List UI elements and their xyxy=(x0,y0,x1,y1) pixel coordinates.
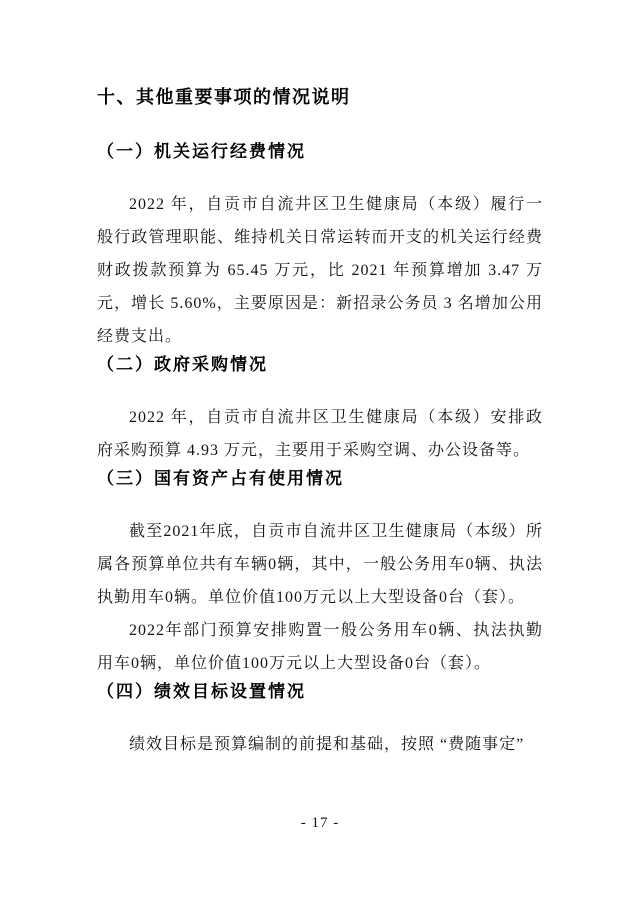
section-government-procurement: （二）政府采购情况 2022 年，自贡市自流井区卫生健康局（本级）安排政府采购预… xyxy=(97,353,543,467)
section-performance-targets: （四）绩效目标设置情况 绩效目标是预算编制的前提和基础，按照 “费随事定” xyxy=(97,680,543,761)
document-page: 十、其他重要事项的情况说明 （一）机关运行经费情况 2022 年，自贡市自流井区… xyxy=(0,0,640,905)
section-heading: （一）机关运行经费情况 xyxy=(97,140,543,164)
section-heading: （四）绩效目标设置情况 xyxy=(97,680,543,704)
paragraph: 截至2021年底，自贡市自流井区卫生健康局（本级）所属各预算单位共有车辆0辆，其… xyxy=(97,515,543,614)
paragraph: 2022 年，自贡市自流井区卫生健康局（本级）安排政府采购预算 4.93 万元，… xyxy=(97,401,543,467)
section-heading: （三）国有资产占有使用情况 xyxy=(97,467,543,491)
section-state-owned-assets: （三）国有资产占有使用情况 截至2021年底，自贡市自流井区卫生健康局（本级）所… xyxy=(97,467,543,680)
paragraph: 2022 年，自贡市自流井区卫生健康局（本级）履行一般行政管理职能、维持机关日常… xyxy=(97,188,543,353)
paragraph: 绩效目标是预算编制的前提和基础，按照 “费随事定” xyxy=(97,728,543,761)
section-heading: （二）政府采购情况 xyxy=(97,353,543,377)
page-number: - 17 - xyxy=(0,815,640,832)
paragraph: 2022年部门预算安排购置一般公务用车0辆、执法执勤用车0辆，单位价值100万元… xyxy=(97,614,543,680)
document-title: 十、其他重要事项的情况说明 xyxy=(97,84,543,110)
section-agency-operating-funds: （一）机关运行经费情况 2022 年，自贡市自流井区卫生健康局（本级）履行一般行… xyxy=(97,140,543,353)
